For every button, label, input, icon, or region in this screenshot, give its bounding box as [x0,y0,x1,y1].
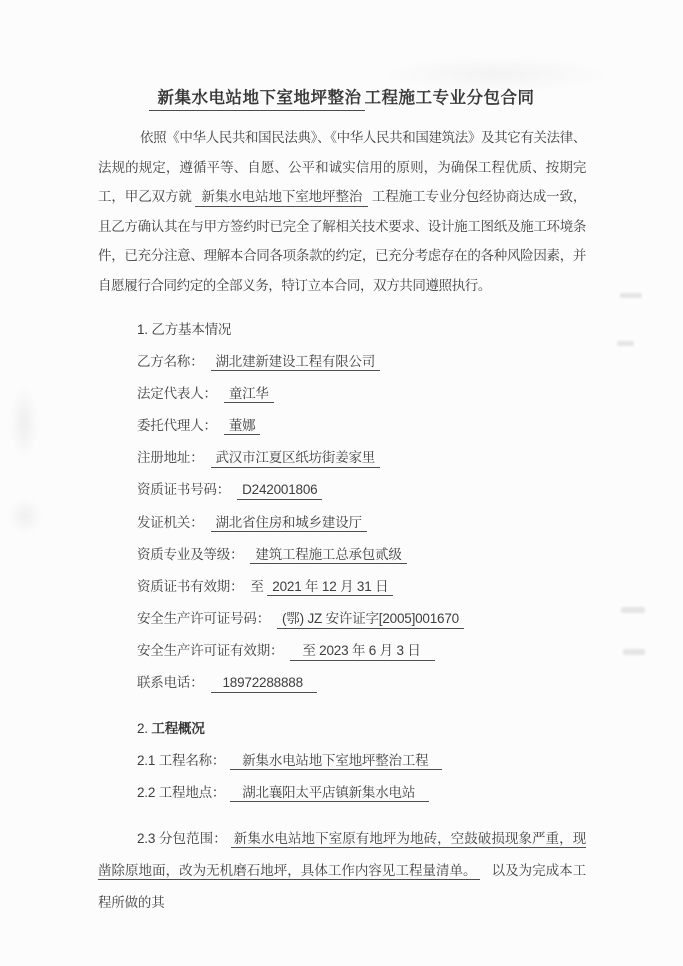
field-value: 童江华 [224,386,274,404]
section-2-heading: 2. 工程概况 [137,713,586,745]
field-row-party-b-name: 乙方名称：湖北建新建设工程有限公司 [137,346,586,378]
scan-artifact [8,498,42,534]
field-value: 董娜 [224,418,261,436]
field-value: 2021 年 12 月 31 日 [267,579,393,597]
contract-title: 新集水电站地下室地坪整治工程施工专业分包合同 [0,0,683,110]
field-value: 武汉市江夏区纸坊街姜家里 [211,450,381,468]
field-row-safety-license-no: 安全生产许可证号码：(鄂) JZ 安许证字[2005]001670 [137,603,586,635]
field-label: 法定代表人： [137,386,217,401]
field-value: 18972288888 [211,675,317,693]
field-row-issuing-authority: 发证机关：湖北省住房和城乡建设厅 [137,507,586,539]
field-row-qualification-validity: 资质证书有效期：至 2021 年 12 月 31 日 [137,571,586,603]
field-label: 资质证书号码： [137,482,230,497]
contract-body: 1. 乙方基本情况 乙方名称：湖北建新建设工程有限公司 法定代表人：童江华 委托… [98,314,586,920]
field-value: 湖北省住房和城乡建设厅 [211,515,367,533]
title-underlined-text: 新集水电站地下室地坪整治 [149,89,365,111]
field-label: 资质证书有效期： [137,579,243,594]
field-value: 新集水电站地下室地坪整治工程 [230,753,442,771]
section-2-title: 工程概况 [151,721,204,736]
field-row-authorized-agent: 委托代理人：董娜 [137,410,586,442]
field-label: 委托代理人： [137,418,217,433]
field-label: 2.2 工程地点： [137,785,225,800]
section-1-heading: 1. 乙方基本情况 [137,314,586,346]
scan-artifact [621,607,645,613]
intro-underlined-project-name: 新集水电站地下室地坪整治 [195,189,368,207]
intro-paragraph: 依照《中华人民共和国民法典》、《中华人民共和国建筑法》及其它有关法律、法规的规定… [98,123,586,301]
field-label: 乙方名称： [137,354,204,369]
section-1-number: 1. [137,322,148,337]
field-value: (鄂) JZ 安许证字[2005]001670 [277,611,464,629]
field-label: 发证机关： [137,515,204,530]
title-rest-text: 工程施工专业分包合同 [365,89,535,107]
field-label: 资质专业及等级： [137,547,243,562]
field-value: 至 2023 年 6 月 3 日 [290,643,434,661]
subcontract-scope-paragraph: 2.3 分包范围：新集水电站地下室原有地坪为地砖，空鼓破损现象严重，现凿除原地面… [98,823,586,920]
field-row-safety-license-validity: 安全生产许可证有效期：至 2023 年 6 月 3 日 [137,635,586,667]
scanned-contract-page: 新集水电站地下室地坪整治工程施工专业分包合同 依照《中华人民共和国民法典》、《中… [0,0,683,966]
field-label: 安全生产许可证号码： [137,611,270,626]
field-label: 安全生产许可证有效期： [137,643,283,658]
field-row-registered-address: 注册地址：武汉市江夏区纸坊街姜家里 [137,442,586,474]
section-1-title: 乙方基本情况 [151,322,231,337]
scan-artifact [623,649,645,655]
section-2-number: 2. [137,721,148,736]
field-label: 注册地址： [137,450,204,465]
field-row-legal-representative: 法定代表人：童江华 [137,378,586,410]
field-row-project-location: 2.2 工程地点：湖北襄阳太平店镇新集水电站 [137,777,586,809]
field-row-qualification-cert-no: 资质证书号码：D242001806 [137,474,586,506]
scope-label: 2.3 分包范围： [137,831,227,846]
scan-artifact [10,386,38,460]
field-value: D242001806 [237,482,322,500]
field-value: 湖北建新建设工程有限公司 [211,354,381,372]
field-row-project-name: 2.1 工程名称：新集水电站地下室地坪整治工程 [137,745,586,777]
field-label: 2.1 工程名称： [137,753,225,768]
scan-artifact [617,341,634,346]
field-value: 建筑工程施工总承包贰级 [250,547,406,565]
field-row-qualification-grade: 资质专业及等级：建筑工程施工总承包贰级 [137,539,586,571]
field-label: 联系电话： [137,675,204,690]
scan-artifact [620,293,642,298]
field-value: 湖北襄阳太平店镇新集水电站 [230,785,429,803]
field-prefix: 至 [250,579,267,594]
field-row-contact-phone: 联系电话：18972288888 [137,667,586,699]
